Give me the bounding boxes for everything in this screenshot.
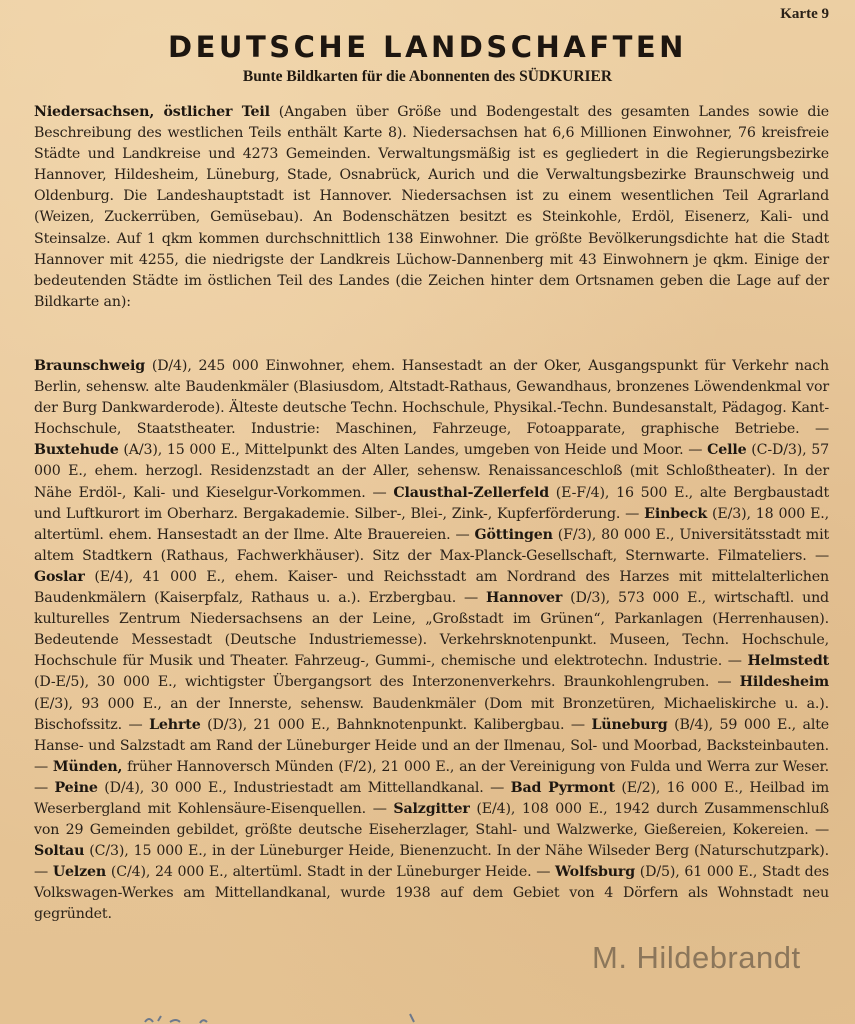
intro-heading: Niedersachsen, östlicher Teil (34, 104, 270, 120)
newspaper-clipping: Karte 9 DEUTSCHE LANDSCHAFTEN Bunte Bild… (0, 0, 855, 1024)
city-name: Lehrte (149, 717, 200, 733)
city-entry: Buxtehude (A/3), 15 000 E., Mittelpunkt … (34, 442, 707, 458)
city-name: Buxtehude (34, 442, 119, 458)
city-name: Wolfsburg (555, 864, 635, 880)
city-name: Einbeck (644, 506, 707, 522)
city-description: (D/3), 21 000 E., Bahnknotenpunkt. Kalib… (201, 717, 592, 733)
city-entry: Uelzen (C/4), 24 000 E., altertüml. Stad… (53, 864, 555, 880)
city-name: Soltau (34, 843, 84, 859)
card-number-label: Karte 9 (780, 6, 829, 23)
city-description: (C/4), 24 000 E., altertüml. Stadt in de… (106, 864, 555, 880)
city-name: Helmstedt (747, 653, 829, 669)
city-description: (D-E/5), 30 000 E., wichtigster Übergang… (34, 674, 740, 690)
city-name: Hannover (486, 590, 562, 606)
city-description: (A/3), 15 000 E., Mittelpunkt des Alten … (119, 442, 708, 458)
city-name: Goslar (34, 569, 85, 585)
page-subtitle: Bunte Bildkarten für die Abonnenten des … (0, 68, 855, 86)
city-name: Uelzen (53, 864, 106, 880)
city-name: Göttingen (475, 527, 553, 543)
city-description: (D/4), 30 000 E., Industriestadt am Mitt… (98, 780, 511, 796)
city-name: Salzgitter (393, 801, 469, 817)
ink-mark-decoration (140, 1012, 440, 1024)
city-list-paragraph: Braunschweig (D/4), 245 000 Einwohner, e… (34, 356, 829, 926)
city-name: Clausthal-Zellerfeld (393, 485, 549, 501)
city-name: Lüneburg (591, 717, 667, 733)
watermark: M. Hildebrandt (592, 940, 801, 976)
city-description: (D/4), 245 000 Einwohner, ehem. Hansesta… (34, 358, 829, 437)
page-title: DEUTSCHE LANDSCHAFTEN (0, 30, 855, 64)
city-name: Münden, (53, 759, 123, 775)
intro-paragraph: Niedersachsen, östlicher Teil (Angaben ü… (34, 102, 829, 313)
city-entry: Braunschweig (D/4), 245 000 Einwohner, e… (34, 358, 829, 437)
intro-text: (Angaben über Größe und Bodengestalt des… (34, 104, 829, 310)
city-name: Celle (707, 442, 746, 458)
city-name: Bad Pyrmont (511, 780, 615, 796)
city-name: Braunschweig (34, 358, 145, 374)
city-name: Peine (55, 780, 98, 796)
city-entry: Lehrte (D/3), 21 000 E., Bahnknotenpunkt… (149, 717, 591, 733)
city-entry: Peine (D/4), 30 000 E., Industriestadt a… (55, 780, 511, 796)
city-name: Hildesheim (740, 674, 829, 690)
